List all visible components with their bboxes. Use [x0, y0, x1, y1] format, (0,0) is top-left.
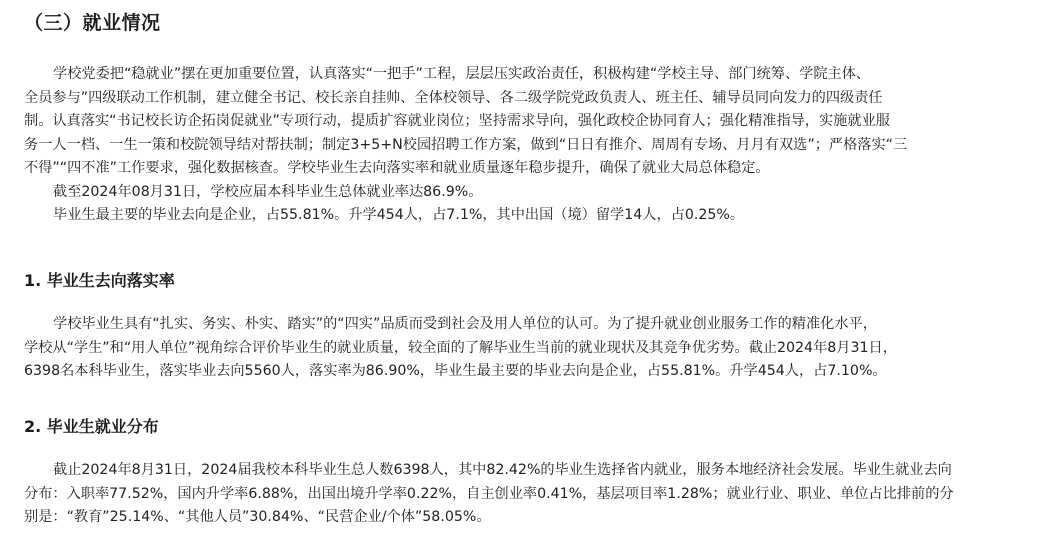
paragraph-line: 制。认真落实“书记校长访企拓岗促就业”专项行动，提质扩容就业岗位；坚持需求导向，…: [24, 110, 1024, 134]
destination-statement: 毕业生最主要的毕业去向是企业，占55.81%。升学454人，占7.1%，其中出国…: [24, 204, 1024, 228]
paragraph-line: 6398名本科毕业生，落实毕业去向5560人，落实率为86.90%，毕业生最主要…: [24, 360, 1024, 384]
paragraph-line: 分布：入职率77.52%，国内升学率6.88%，出国出境升学率0.22%，自主创…: [24, 483, 1024, 507]
section-title: （三）就业情况: [24, 8, 161, 35]
paragraph-line: 学校从“学生”和“用人单位”视角综合评价毕业生的就业质量，较全面的了解毕业生当前…: [24, 337, 1024, 361]
subsection-title-placement-rate: 1. 毕业生去向落实率: [24, 268, 175, 291]
paragraph-line: 不得”“四不准”工作要求，强化数据核查。学校毕业生去向落实率和就业质量逐年稳步提…: [24, 157, 1024, 181]
paragraph-line: 学校党委把“稳就业”摆在更加重要位置，认真落实“一把手”工程，层层压实政治责任，…: [24, 63, 1024, 87]
employment-distribution-paragraph: 截止2024年8月31日，2024届我校本科毕业生总人数6398人，其中82.4…: [24, 459, 1024, 530]
paragraph-line: 全员参与”四级联动工作机制，建立健全书记、校长亲自挂帅、全体校领导、各二级学院党…: [24, 87, 1024, 111]
paragraph-line: 截止2024年8月31日，2024届我校本科毕业生总人数6398人，其中82.4…: [24, 459, 1024, 483]
employment-rate-statement: 截至2024年08月31日，学校应届本科毕业生总体就业率达86.9%。: [24, 181, 1024, 205]
paragraph-line: 别是：“教育”25.14%、“其他人员”30.84%、“民营企业/个体”58.0…: [24, 506, 1024, 530]
intro-paragraph: 学校党委把“稳就业”摆在更加重要位置，认真落实“一把手”工程，层层压实政治责任，…: [24, 63, 1024, 228]
placement-rate-paragraph: 学校毕业生具有“扎实、务实、朴实、踏实”的“四实”品质而受到社会及用人单位的认可…: [24, 313, 1024, 384]
subsection-title-employment-distribution: 2. 毕业生就业分布: [24, 414, 159, 437]
paragraph-line: 学校毕业生具有“扎实、务实、朴实、踏实”的“四实”品质而受到社会及用人单位的认可…: [24, 313, 1024, 337]
paragraph-line: 务一人一档、一生一策和校院领导结对帮扶制；制定3+5+N校园招聘工作方案，做到“…: [24, 134, 1024, 158]
